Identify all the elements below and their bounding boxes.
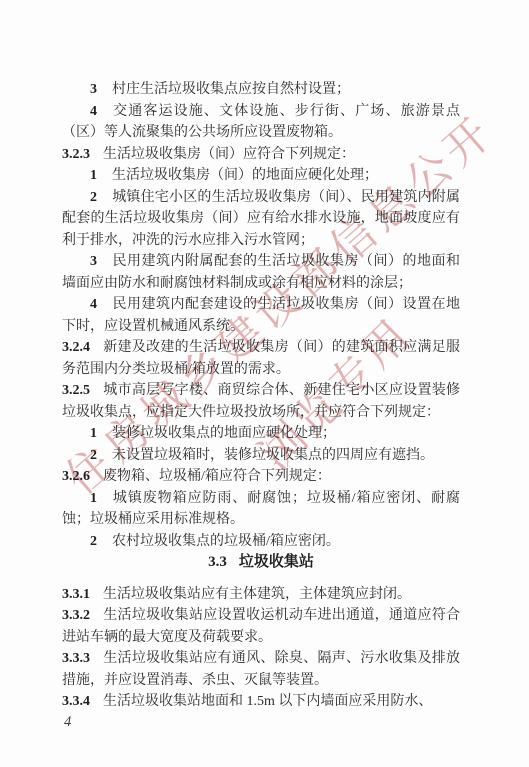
clause-text: 生活垃圾收集房（间）应符合下列规定： [103, 147, 355, 162]
item-number: 1 [90, 168, 97, 183]
list-item: 4交通客运设施、文体设施、步行街、广场、旅游景点（区）等人流聚集的公共场所应设置… [62, 101, 460, 144]
clause-text: 新建及改建的生活垃圾收集房（间）的建筑面积应满足服务范围内分类垃圾桶/箱放置的需… [62, 340, 460, 377]
clause-number: 3.2.3 [62, 147, 90, 162]
clause-number: 3.2.6 [62, 469, 90, 484]
clause-paragraph: 3.2.4新建及改建的生活垃圾收集房（间）的建筑面积应满足服务范围内分类垃圾桶/… [62, 337, 460, 380]
item-text: 装修垃圾收集点的地面应硬化处理； [112, 426, 336, 441]
section-number: 3.3 [208, 554, 227, 570]
item-text: 生活垃圾收集房（间）的地面应硬化处理； [112, 168, 378, 183]
item-number: 2 [90, 534, 97, 549]
item-number: 3 [90, 82, 97, 97]
clause-number: 3.3.2 [62, 608, 90, 623]
item-text: 交通客运设施、文体设施、步行街、广场、旅游景点（区）等人流聚集的公共场所应设置废… [62, 104, 460, 141]
item-number: 4 [90, 297, 97, 312]
clause-paragraph: 3.2.6废物箱、垃圾桶/箱应符合下列规定： [62, 466, 460, 488]
list-item: 4民用建筑内配套建设的生活垃圾收集房（间）设置在地下时，应设置机械通风系统。 [62, 294, 460, 337]
clause-text: 生活垃圾收集站地面和 1.5m 以下内墙面应采用防水、 [103, 694, 432, 709]
item-text: 村庄生活垃圾收集点应按自然村设置； [112, 82, 350, 97]
clause-paragraph: 3.3.2生活垃圾收集站应设置收运机动车进出通道，通道应符合进站车辆的最大宽度及… [62, 605, 460, 648]
item-number: 1 [90, 426, 97, 441]
item-text: 农村垃圾收集点的垃圾桶/箱应密闭。 [112, 534, 340, 549]
item-number: 2 [90, 448, 97, 463]
clause-paragraph: 3.2.3生活垃圾收集房（间）应符合下列规定： [62, 144, 460, 166]
page-number: 4 [64, 714, 71, 731]
item-number: 2 [90, 190, 97, 205]
document-content: 3村庄生活垃圾收集点应按自然村设置； 4交通客运设施、文体设施、步行街、广场、旅… [62, 79, 460, 713]
list-item: 2未设置垃圾箱时，装修垃圾收集点的四周应有遮挡。 [62, 445, 460, 467]
item-text: 民用建筑内附属配套的生活垃圾收集房（间）的地面和墙面应由防水和耐腐蚀材料制成或涂… [62, 254, 460, 291]
section-title: 垃圾收集站 [239, 554, 314, 570]
clause-text: 生活垃圾收集站应有通风、除臭、隔声、污水收集及排放措施，并应设置消毒、杀虫、灭鼠… [62, 651, 460, 688]
list-item: 3民用建筑内附属配套的生活垃圾收集房（间）的地面和墙面应由防水和耐腐蚀材料制成或… [62, 251, 460, 294]
clause-text: 生活垃圾收集站应设置收运机动车进出通道，通道应符合进站车辆的最大宽度及荷载要求。 [62, 608, 460, 645]
clause-text: 城市高层写字楼、商贸综合体、新建住宅小区应设置装修垃圾收集点，应指定大件垃圾投放… [62, 383, 460, 420]
clause-number: 3.2.5 [62, 383, 90, 398]
clause-paragraph: 3.3.4生活垃圾收集站地面和 1.5m 以下内墙面应采用防水、 [62, 691, 460, 713]
section-header: 3.3垃圾收集站 [62, 552, 460, 574]
list-item: 3村庄生活垃圾收集点应按自然村设置； [62, 79, 460, 101]
clause-paragraph: 3.3.3生活垃圾收集站应有通风、除臭、隔声、污水收集及排放措施，并应设置消毒、… [62, 648, 460, 691]
document-page: 住房城乡建设部信息公开 浏览专用 3村庄生活垃圾收集点应按自然村设置； 4交通客… [0, 0, 529, 767]
clause-paragraph: 3.3.1生活垃圾收集站应有主体建筑，主体建筑应封闭。 [62, 584, 460, 606]
item-text: 城镇废物箱应防雨、耐腐蚀；垃圾桶/箱应密闭、耐腐蚀；垃圾桶应采用标准规格。 [62, 491, 460, 528]
clause-text: 生活垃圾收集站应有主体建筑，主体建筑应封闭。 [103, 587, 411, 602]
list-item: 1城镇废物箱应防雨、耐腐蚀；垃圾桶/箱应密闭、耐腐蚀；垃圾桶应采用标准规格。 [62, 488, 460, 531]
clause-text: 废物箱、垃圾桶/箱应符合下列规定： [103, 469, 331, 484]
clause-number: 3.3.4 [62, 694, 90, 709]
item-text: 未设置垃圾箱时，装修垃圾收集点的四周应有遮挡。 [112, 448, 434, 463]
item-number: 3 [90, 254, 97, 269]
item-number: 1 [90, 491, 97, 506]
item-number: 4 [90, 104, 97, 119]
item-text: 城镇住宅小区的生活垃圾收集房（间）、民用建筑内附属配套的生活垃圾收集房（间）应有… [62, 190, 460, 248]
clause-number: 3.3.3 [62, 651, 90, 666]
list-item: 2农村垃圾收集点的垃圾桶/箱应密闭。 [62, 531, 460, 553]
list-item: 1生活垃圾收集房（间）的地面应硬化处理； [62, 165, 460, 187]
clause-number: 3.3.1 [62, 587, 90, 602]
clause-paragraph: 3.2.5城市高层写字楼、商贸综合体、新建住宅小区应设置装修垃圾收集点，应指定大… [62, 380, 460, 423]
item-text: 民用建筑内配套建设的生活垃圾收集房（间）设置在地下时，应设置机械通风系统。 [62, 297, 460, 334]
list-item: 1装修垃圾收集点的地面应硬化处理； [62, 423, 460, 445]
clause-number: 3.2.4 [62, 340, 90, 355]
list-item: 2城镇住宅小区的生活垃圾收集房（间）、民用建筑内附属配套的生活垃圾收集房（间）应… [62, 187, 460, 252]
